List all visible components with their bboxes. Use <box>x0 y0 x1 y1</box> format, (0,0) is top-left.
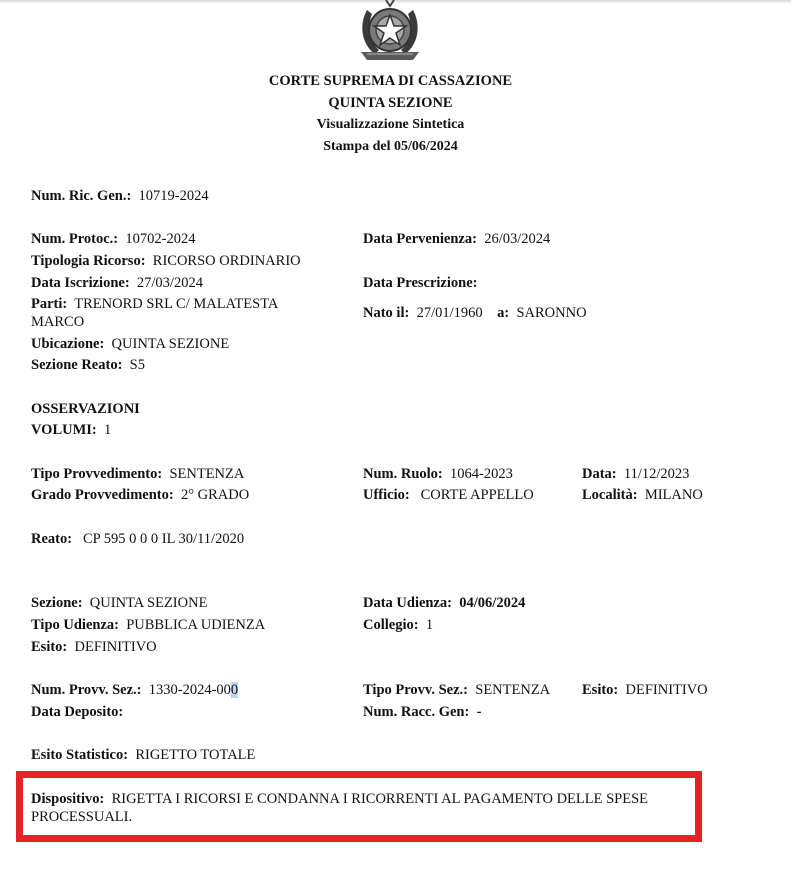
label: Dispositivo: <box>31 791 104 807</box>
label: Parti: <box>31 296 67 312</box>
field-dispositivo: Dispositivo: RIGETTA I RICORSI E CONDANN… <box>31 790 691 826</box>
label: Data Prescrizione: <box>363 275 477 291</box>
court-name: CORTE SUPREMA DI CASSAZIONE <box>0 73 781 90</box>
italian-republic-emblem-icon <box>353 0 427 64</box>
label: Data: <box>582 466 617 482</box>
label: Grado Provvedimento: <box>31 487 174 503</box>
label: Data Deposito: <box>31 704 123 720</box>
print-date: Stampa del 05/06/2024 <box>0 139 781 155</box>
value: CORTE APPELLO <box>421 487 534 503</box>
value: RIGETTO TOTALE <box>135 747 255 763</box>
value: 11/12/2023 <box>624 466 690 482</box>
label: Località: <box>582 487 638 503</box>
field-ufficio: Ufficio: CORTE APPELLO <box>363 486 534 504</box>
field-num-racc-gen: Num. Racc. Gen: - <box>363 703 481 721</box>
value: TRENORD SRL C/ MALATESTA <box>74 296 278 312</box>
field-collegio: Collegio: 1 <box>363 616 433 634</box>
value: 27/01/1960 <box>417 305 483 321</box>
label: Tipo Udienza: <box>31 617 119 633</box>
label: Data Pervenienza: <box>363 231 477 247</box>
label: Num. Ruolo: <box>363 466 443 482</box>
label: Esito: <box>582 682 618 698</box>
field-esito: Esito: DEFINITIVO <box>31 638 157 656</box>
value[interactable]: 1330-2024-00 <box>149 682 231 698</box>
field-data-prescrizione: Data Prescrizione: <box>363 274 481 292</box>
label: Esito: <box>31 639 67 655</box>
label: Num. Provv. Sez.: <box>31 682 142 698</box>
value: DEFINITIVO <box>626 682 708 698</box>
field-num-ric-gen: Num. Ric. Gen.: 10719-2024 <box>31 187 209 205</box>
field-data-udienza: Data Udienza: 04/06/2024 <box>363 594 525 612</box>
label: Num. Protoc.: <box>31 231 118 247</box>
field-nato-il: Nato il: 27/01/1960 a: SARONNO <box>363 304 587 322</box>
value: QUINTA SEZIONE <box>90 595 208 611</box>
field-tipologia-ricorso: Tipologia Ricorso: RICORSO ORDINARIO <box>31 252 301 270</box>
label: Collegio: <box>363 617 419 633</box>
value: RIGETTA I RICORSI E CONDANNA I RICORRENT… <box>31 791 648 825</box>
label: Nato il: <box>363 305 409 321</box>
field-ubicazione: Ubicazione: QUINTA SEZIONE <box>31 335 229 353</box>
value: SENTENZA <box>169 466 244 482</box>
value: 10719-2024 <box>139 188 209 204</box>
document-page: CORTE SUPREMA DI CASSAZIONE QUINTA SEZIO… <box>0 0 791 884</box>
field-grado-provvedimento: Grado Provvedimento: 2° GRADO <box>31 486 249 504</box>
section-name: QUINTA SEZIONE <box>0 95 781 112</box>
label: Tipo Provv. Sez.: <box>363 682 468 698</box>
field-num-protoc: Num. Protoc.: 10702-2024 <box>31 230 195 248</box>
label: a: <box>497 305 509 321</box>
value: QUINTA SEZIONE <box>112 336 230 352</box>
label: Sezione: <box>31 595 83 611</box>
field-data: Data: 11/12/2023 <box>582 465 689 483</box>
value: 26/03/2024 <box>484 231 550 247</box>
value: RICORSO ORDINARIO <box>153 253 301 269</box>
field-data-deposito: Data Deposito: <box>31 703 127 721</box>
label: Ufficio: <box>363 487 410 503</box>
value: 1 <box>104 422 111 438</box>
value: 04/06/2024 <box>459 595 525 611</box>
field-osservazioni: OSSERVAZIONI <box>31 400 140 418</box>
field-volumi: VOLUMI: 1 <box>31 421 111 439</box>
value: 27/03/2024 <box>137 275 203 291</box>
label: Data Udienza: <box>363 595 452 611</box>
label: Tipo Provvedimento: <box>31 466 162 482</box>
label: Data Iscrizione: <box>31 275 130 291</box>
field-sezione: Sezione: QUINTA SEZIONE <box>31 594 207 612</box>
value: 1 <box>426 617 433 633</box>
value: MILANO <box>645 487 703 503</box>
value: 10702-2024 <box>125 231 195 247</box>
field-tipo-provv-sez: Tipo Provv. Sez.: SENTENZA <box>363 681 550 699</box>
label: Sezione Reato: <box>31 357 122 373</box>
field-esito-statistico: Esito Statistico: RIGETTO TOTALE <box>31 746 255 764</box>
label: VOLUMI: <box>31 422 97 438</box>
field-sezione-reato: Sezione Reato: S5 <box>31 356 145 374</box>
field-reato: Reato: CP 595 0 0 0 IL 30/11/2020 <box>31 530 244 548</box>
field-tipo-udienza: Tipo Udienza: PUBBLICA UDIENZA <box>31 616 265 634</box>
view-title: Visualizzazione Sintetica <box>0 117 781 133</box>
value: SARONNO <box>516 305 586 321</box>
value: - <box>477 704 482 720</box>
label: Num. Racc. Gen: <box>363 704 469 720</box>
field-tipo-provvedimento: Tipo Provvedimento: SENTENZA <box>31 465 244 483</box>
value: S5 <box>130 357 145 373</box>
value: 2° GRADO <box>181 487 249 503</box>
value: PUBBLICA UDIENZA <box>126 617 265 633</box>
label: Ubicazione: <box>31 336 104 352</box>
field-data-iscrizione: Data Iscrizione: 27/03/2024 <box>31 274 203 292</box>
label: Reato: <box>31 531 72 547</box>
value: 1064-2023 <box>450 466 513 482</box>
value: DEFINITIVO <box>75 639 157 655</box>
value: SENTENZA <box>475 682 550 698</box>
value: MARCO <box>31 314 84 330</box>
value: CP 595 0 0 0 IL 30/11/2020 <box>83 531 244 547</box>
label: OSSERVAZIONI <box>31 401 140 417</box>
field-num-ruolo: Num. Ruolo: 1064-2023 <box>363 465 513 483</box>
label: Esito Statistico: <box>31 747 128 763</box>
field-parti-line2: MARCO <box>31 313 84 331</box>
field-esito-provv: Esito: DEFINITIVO <box>582 681 708 699</box>
field-num-provv-sez: Num. Provv. Sez.: 1330-2024-000 <box>31 681 238 699</box>
text-selection[interactable]: 0 <box>231 682 238 698</box>
label: Num. Ric. Gen.: <box>31 188 131 204</box>
field-parti: Parti: TRENORD SRL C/ MALATESTA <box>31 295 278 313</box>
label: Tipologia Ricorso: <box>31 253 146 269</box>
field-data-pervenienza: Data Pervenienza: 26/03/2024 <box>363 230 550 248</box>
field-localita: Località: MILANO <box>582 486 703 504</box>
